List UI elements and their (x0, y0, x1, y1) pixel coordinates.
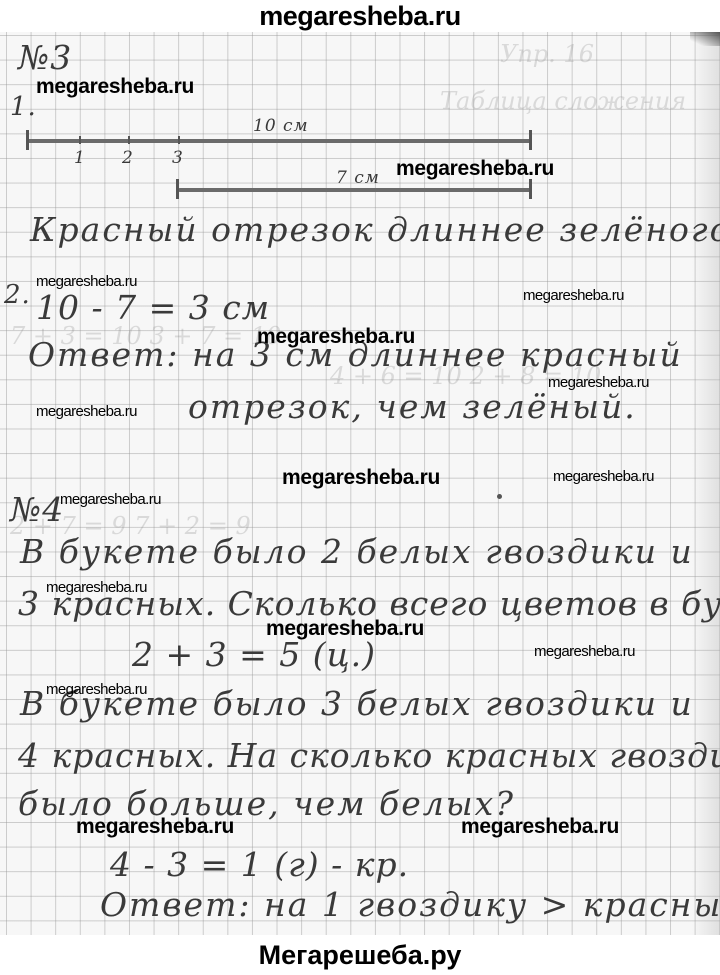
long-segment-end-tick (529, 130, 532, 150)
tick-1 (79, 136, 81, 144)
task4-problem2-solution: 4 - 3 = 1 (г) - кр. (110, 845, 409, 884)
watermark: megaresheba.ru (282, 466, 440, 490)
task4-number: №4 (10, 490, 64, 529)
task3-part1-label: 1. (10, 92, 37, 122)
short-segment-start-tick (176, 179, 179, 199)
page-edge-shadow (692, 32, 720, 935)
watermark: megaresheba.ru (36, 75, 194, 99)
watermark: megaresheba.ru (523, 287, 624, 304)
ghost-text: Таблица сложения (440, 87, 686, 115)
short-segment-end-tick (529, 179, 532, 199)
watermark: megaresheba.ru (46, 681, 147, 698)
task4-problem1-line1: В букете было 2 белых гвоздики и (20, 532, 694, 571)
task3-answer-line2: отрезок, чем зелёный. (188, 387, 637, 426)
long-segment-label: 10 см (253, 116, 309, 136)
tick-label-1: 1 (74, 148, 86, 168)
task4-answer: Ответ: на 1 гвоздику > красных. (100, 885, 720, 924)
tick-3 (178, 136, 180, 144)
task3-statement: Красный отрезок длиннее зелёного на 3 см (30, 210, 720, 249)
watermark: megaresheba.ru (266, 617, 424, 641)
ghost-text: Упр. 16 (500, 40, 594, 68)
task3-part2-label: 2. (4, 280, 31, 310)
watermark: megaresheba.ru (60, 491, 161, 508)
watermark: megaresheba.ru (36, 273, 137, 290)
long-segment-red (27, 139, 532, 143)
watermark: megaresheba.ru (46, 579, 147, 596)
tick-label-2: 2 (122, 148, 134, 168)
short-segment-label: 7 см (336, 168, 380, 188)
watermark: megaresheba.ru (553, 468, 654, 485)
watermark: megaresheba.ru (257, 325, 415, 349)
long-segment-start-tick (26, 130, 29, 150)
task3-number: №3 (18, 38, 72, 77)
page-corner-shadow (690, 32, 720, 46)
ink-dot (497, 494, 502, 499)
watermark: megaresheba.ru (548, 374, 649, 391)
task3-equation: 10 - 7 = 3 см (36, 288, 270, 327)
watermark: megaresheba.ru (396, 157, 554, 181)
tick-2 (128, 136, 130, 144)
notebook-page: Упр. 16 Таблица сложения 7 + 3 = 10 3 + … (0, 32, 720, 935)
short-segment-green (178, 188, 531, 192)
watermark: megaresheba.ru (36, 403, 137, 420)
site-footer-banner: Мегарешеба.ру (0, 935, 720, 975)
tick-label-3: 3 (172, 148, 184, 168)
site-header-banner: megaresheba.ru (0, 0, 720, 32)
watermark: megaresheba.ru (76, 815, 234, 839)
watermark: megaresheba.ru (461, 815, 619, 839)
watermark: megaresheba.ru (534, 643, 635, 660)
task4-problem2-line2: 4 красных. На сколько красных гвоздик (18, 736, 720, 775)
